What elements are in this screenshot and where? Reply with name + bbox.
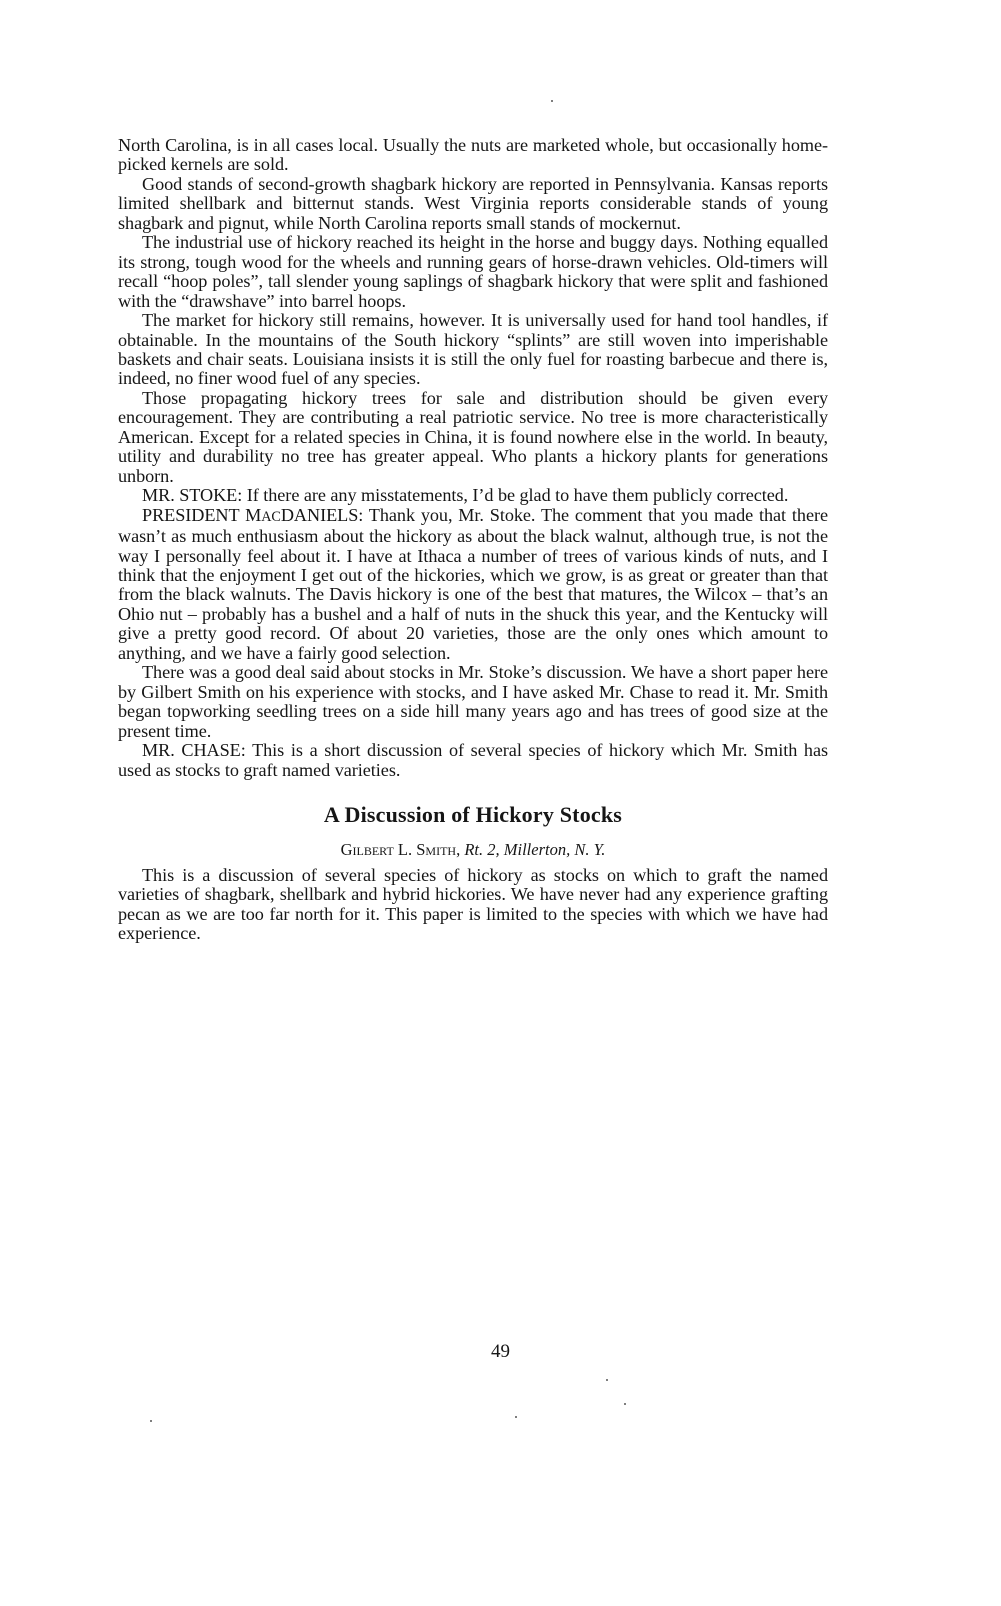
speaker-label: MR. CHASE: xyxy=(142,740,246,760)
speaker-label: MR. STOKE: xyxy=(142,485,242,505)
author-name: Gilbert L. Smith, xyxy=(341,840,461,859)
article-title: A Discussion of Hickory Stocks xyxy=(118,802,828,828)
paragraph-market-for-hickory: The market for hickory still remains, ho… xyxy=(118,311,828,389)
speaker-label: PRESIDENT MACDANIELS: xyxy=(142,505,363,525)
paragraph-stocks-discussion: There was a good deal said about stocks … xyxy=(118,663,828,741)
scan-speck xyxy=(624,1403,626,1405)
paragraph-president-macdaniels: PRESIDENT MACDANIELS: Thank you, Mr. Sto… xyxy=(118,506,828,664)
paragraph-local-marketing: North Carolina, is in all cases local. U… xyxy=(118,136,828,175)
scan-speck xyxy=(515,1416,517,1418)
paragraph-article-intro: This is a discussion of several species … xyxy=(118,866,828,944)
scan-speck xyxy=(606,1379,608,1381)
article-byline: Gilbert L. Smith, Rt. 2, Millerton, N. Y… xyxy=(118,840,828,860)
scan-speck xyxy=(150,1420,152,1422)
author-address: Rt. 2, Millerton, N. Y. xyxy=(460,840,605,859)
paragraph-mr-stoke: MR. STOKE: If there are any misstatement… xyxy=(118,486,828,505)
scan-speck xyxy=(551,100,553,102)
paragraph-propagating-trees: Those propagating hickory trees for sale… xyxy=(118,389,828,486)
paragraph-industrial-use: The industrial use of hickory reached it… xyxy=(118,233,828,311)
speech-text: If there are any misstatements, I’d be g… xyxy=(242,485,788,505)
paragraph-mr-chase: MR. CHASE: This is a short discussion of… xyxy=(118,741,828,780)
paragraph-second-growth-stands: Good stands of second-growth shagbark hi… xyxy=(118,175,828,233)
speech-text: Thank you, Mr. Stoke. The comment that y… xyxy=(118,505,828,663)
page-number: 49 xyxy=(0,1341,1001,1363)
document-page: North Carolina, is in all cases local. U… xyxy=(118,136,828,944)
